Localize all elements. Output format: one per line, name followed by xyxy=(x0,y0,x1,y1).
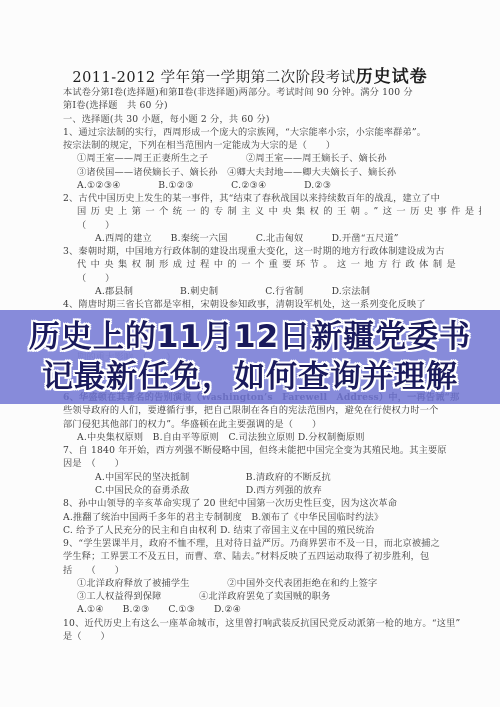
document-line: 括 （ ） xyxy=(63,564,481,577)
document-line: 3、秦朝时期，中国地方行政体制的建设出现重大变化，这一时期的地方行政体制建设成为… xyxy=(63,245,481,258)
scanned-exam-page: 2011-2012 学年第一学期第二次阶段考试历史试卷 本试卷分第Ⅰ卷(选择题)… xyxy=(0,0,500,707)
document-line: A.郡县制 B.刺史制 C.行省制 D.宗法制 xyxy=(63,285,481,298)
document-line: 国历史上第一个统一的专制主义中央集权的王朝。”这一历史事件是指 xyxy=(63,205,481,218)
document-line: （ ） xyxy=(63,219,481,232)
document-line: 第Ⅰ卷(选择题 共 60 分) xyxy=(63,99,481,112)
document-line: 10、近代历史上有这么一座革命城市，这里曾打响武装反抗国民党反动派第一枪的地方。… xyxy=(63,617,481,630)
document-line: 7、自 1840 年开始，西方列强不断侵略中国，但终未能把中国完全变为其殖民地。… xyxy=(63,444,481,457)
exam-title: 2011-2012 学年第一学期第二次阶段考试历史试卷 xyxy=(0,62,500,87)
document-line: ③诸侯国——诸侯嫡长子、嫡长孙 ④卿大夫封地——卿大夫嫡长子、嫡长孙 xyxy=(63,166,481,179)
document-line: A.推翻了统治中国两千多年的君主专制制度 B.颁布了《中华民国临时约法》 xyxy=(63,511,481,524)
document-line: 些领导政府的人们，要遵循行事，把自己限制在各自的宪法范围内，避免在行使权力时一个 xyxy=(63,404,481,417)
document-line: 8、孙中山领导的辛亥革命实现了 20 世纪中国第一次历史性巨变，因为这次革命 xyxy=(63,497,481,510)
document-line: 因是 （ ） xyxy=(63,457,481,470)
document-line: 本试卷分第Ⅰ卷(选择题)和第Ⅱ卷(非选择题)两部分。考试时间 90 分钟。满分 … xyxy=(63,86,481,99)
document-line: 1、通过宗法制的实行，西周形成一个庞大的宗族网，“大宗能率小宗，小宗能率群弟”。 xyxy=(63,126,481,139)
document-line: ③工人权益得到保障 ④北洋政府罢免了卖国贼的职务 xyxy=(63,590,481,603)
document-line: A.中央集权原则 B.自由平等原则 C.司法独立原则 D.分权制衡原则 xyxy=(63,431,481,444)
document-line: A.西周的建立 B.秦统一六国 C.北击匈奴 D.开凿“五尺道” xyxy=(63,232,481,245)
document-line: C.中国民众的奋勇杀敌 D.西方列强的放弃 xyxy=(63,484,481,497)
headline-overlay-banner: 历史上的11月12日新疆党委书 记最新任免，如何查询并理解 xyxy=(0,310,500,404)
document-line: 学生释；工界罢工不及五日，而曹、章、陆去。”材料反映了五四运动取得了初步胜利，包 xyxy=(63,550,481,563)
document-line: 按宗法制的规定，下列在相当范围内一定能成为大宗的是（ ） xyxy=(63,139,481,152)
document-line: ①北洋政府释放了被捕学生 ②中国外交代表团拒绝在和约上签字 xyxy=(63,577,481,590)
document-line: 是（ ） xyxy=(63,630,481,643)
exam-title-subject: 历史试卷 xyxy=(356,67,428,87)
document-line: C. 给予了人民充分的民主和自由权利 D. 结束了帝国主义在中国的殖民统治 xyxy=(63,524,481,537)
document-line: 9、“学生罢课半月，政府不恤不理，且对待日益严厉。乃商界罢市不及一日，而北京被捕… xyxy=(63,537,481,550)
document-line: 部门侵犯其他部门的权力”。华盛顿在此主要强调的是（ ） xyxy=(63,418,481,431)
headline-line-1: 历史上的11月12日新疆党委书 xyxy=(29,317,471,357)
document-line: （ ） xyxy=(63,272,481,285)
exam-title-term: 2011-2012 学年第一学期第二次阶段考试 xyxy=(72,70,355,86)
document-line: 2、古代中国历史上发生的某一事件，其“结束了春秋战国以来持续数百年的战乱，建立了… xyxy=(63,192,481,205)
document-line: A.中国军民的坚决抵制 B.清政府的不断反抗 xyxy=(63,471,481,484)
document-line: A.①②③④ B.①②③ C.②③④ D.②③ xyxy=(63,179,481,192)
headline-line-2: 记最新任免，如何查询并理解 xyxy=(42,357,458,397)
document-line: A.①④ B.②③ C.①③ D.②④ xyxy=(63,603,481,616)
document-line: 一、选择题(共 30 小题，每小题 2 分，共 60 分) xyxy=(63,113,481,126)
document-line: ①周王室——周王正妻所生之子 ②周王室——周王嫡长子、嫡长孙 xyxy=(63,152,481,165)
document-line: 代中央集权制形成过程中的一个重要环节。这一地方行政体制是 xyxy=(63,258,481,271)
